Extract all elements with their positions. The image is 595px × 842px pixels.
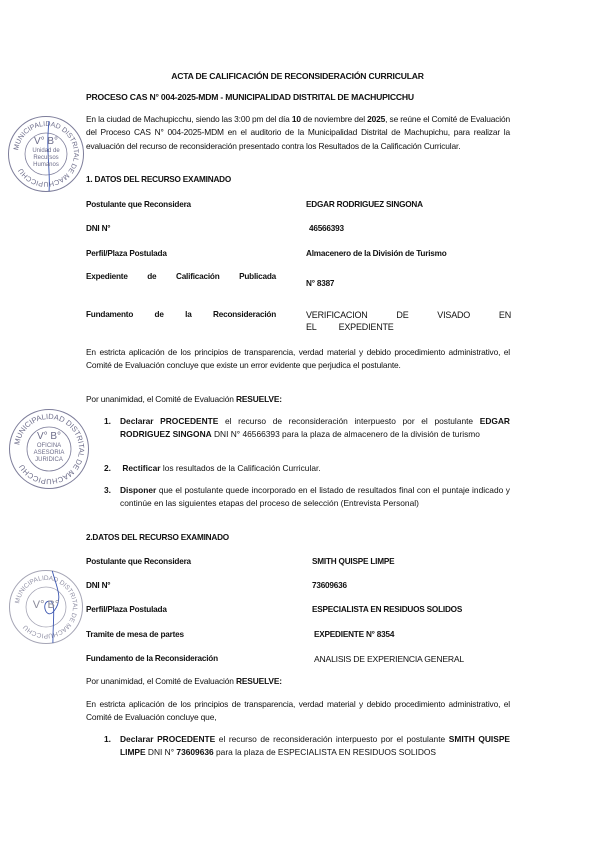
s2-value-tramite: EXPEDIENTE N° 8354 xyxy=(314,629,519,641)
s2-value-dni: 73609636 xyxy=(312,580,517,592)
stamp-mark: V° B° xyxy=(10,431,88,442)
stamp-office: OFICINAASESORIAJURIDICA xyxy=(10,443,88,464)
s1-value-postulante: EDGAR RODRIGUEZ SINGONA xyxy=(306,199,511,211)
stamp-mark: V° B° xyxy=(9,136,83,147)
s2-resolve-line: Por unanimidad, el Comité de Evaluación … xyxy=(86,675,510,688)
document-subtitle: PROCESO CAS N° 004-2025-MDM - MUNICIPALI… xyxy=(86,92,414,102)
s1-resolve-line: Por unanimidad, el Comité de Evaluación … xyxy=(86,393,510,406)
stamp-asesoria-juridica: MUNICIPALIDAD DISTRITAL DE MACHUPICCHU V… xyxy=(9,409,89,489)
s1-resolution-3: 3. Disponer que el postulante quede inco… xyxy=(104,484,510,511)
s1-value-fundamento: VERIFICACION DE VISADO EN EL EXPEDIENTE xyxy=(306,309,511,333)
s2-label-dni: DNI N° xyxy=(86,580,276,592)
s1-resolution-1: 1. Declarar PROCEDENTE el recurso de rec… xyxy=(104,415,510,442)
s1-conclusion: En estricta aplicación de los principios… xyxy=(86,346,510,373)
s1-label-perfil: Perfil/Plaza Postulada xyxy=(86,248,276,260)
stamp-office: Unidad deRecursosHumanos xyxy=(9,148,83,169)
s1-value-dni: 46566393 xyxy=(309,223,514,235)
s1-label-dni: DNI N° xyxy=(86,223,276,235)
s1-value-expediente: N° 8387 xyxy=(306,278,511,290)
s2-value-fundamento: ANALISIS DE EXPERIENCIA GENERAL xyxy=(314,653,519,665)
s1-value-perfil: Almacenero de la División de Turismo xyxy=(306,248,511,260)
s2-label-postulante: Postulante que Reconsidera xyxy=(86,556,276,568)
document-title: ACTA DE CALIFICACIÓN DE RECONSIDERACIÓN … xyxy=(0,71,595,81)
stamp-recursos-humanos: MUNICIPALIDAD DISTRITAL DE MACHUPICCHU V… xyxy=(8,116,84,192)
intro-paragraph: En la ciudad de Machupicchu, siendo las … xyxy=(86,113,510,153)
s2-value-postulante: SMITH QUISPE LIMPE xyxy=(312,556,517,568)
s2-label-fundamento: Fundamento de la Reconsideración xyxy=(86,653,276,665)
stamp-presupuesto: MUNICIPALIDAD DISTRITAL DE MACHUPICCHU V… xyxy=(9,570,83,644)
s2-value-perfil: ESPECIALISTA EN RESIDUOS SOLIDOS xyxy=(312,604,517,616)
s1-resolution-2: 2. Rectificar los resultados de la Calif… xyxy=(104,462,510,475)
s1-label-fundamento: Fundamento de la Reconsideración xyxy=(86,309,276,321)
s2-label-tramite: Tramite de mesa de partes xyxy=(86,629,276,641)
section-2-heading: 2.DATOS DEL RECURSO EXAMINADO xyxy=(86,533,229,542)
stamp-mark: V° B° xyxy=(10,599,82,611)
s1-label-expediente: Expediente de Calificación Publicada xyxy=(86,271,276,283)
section-1-heading: 1. DATOS DEL RECURSO EXAMINADO xyxy=(86,175,231,184)
s2-resolution-1: 1. Declarar PROCEDENTE el recurso de rec… xyxy=(104,733,510,760)
s2-label-perfil: Perfil/Plaza Postulada xyxy=(86,604,276,616)
s1-label-postulante: Postulante que Reconsidera xyxy=(86,199,276,211)
s2-conclusion: En estricta aplicación de los principios… xyxy=(86,698,510,725)
